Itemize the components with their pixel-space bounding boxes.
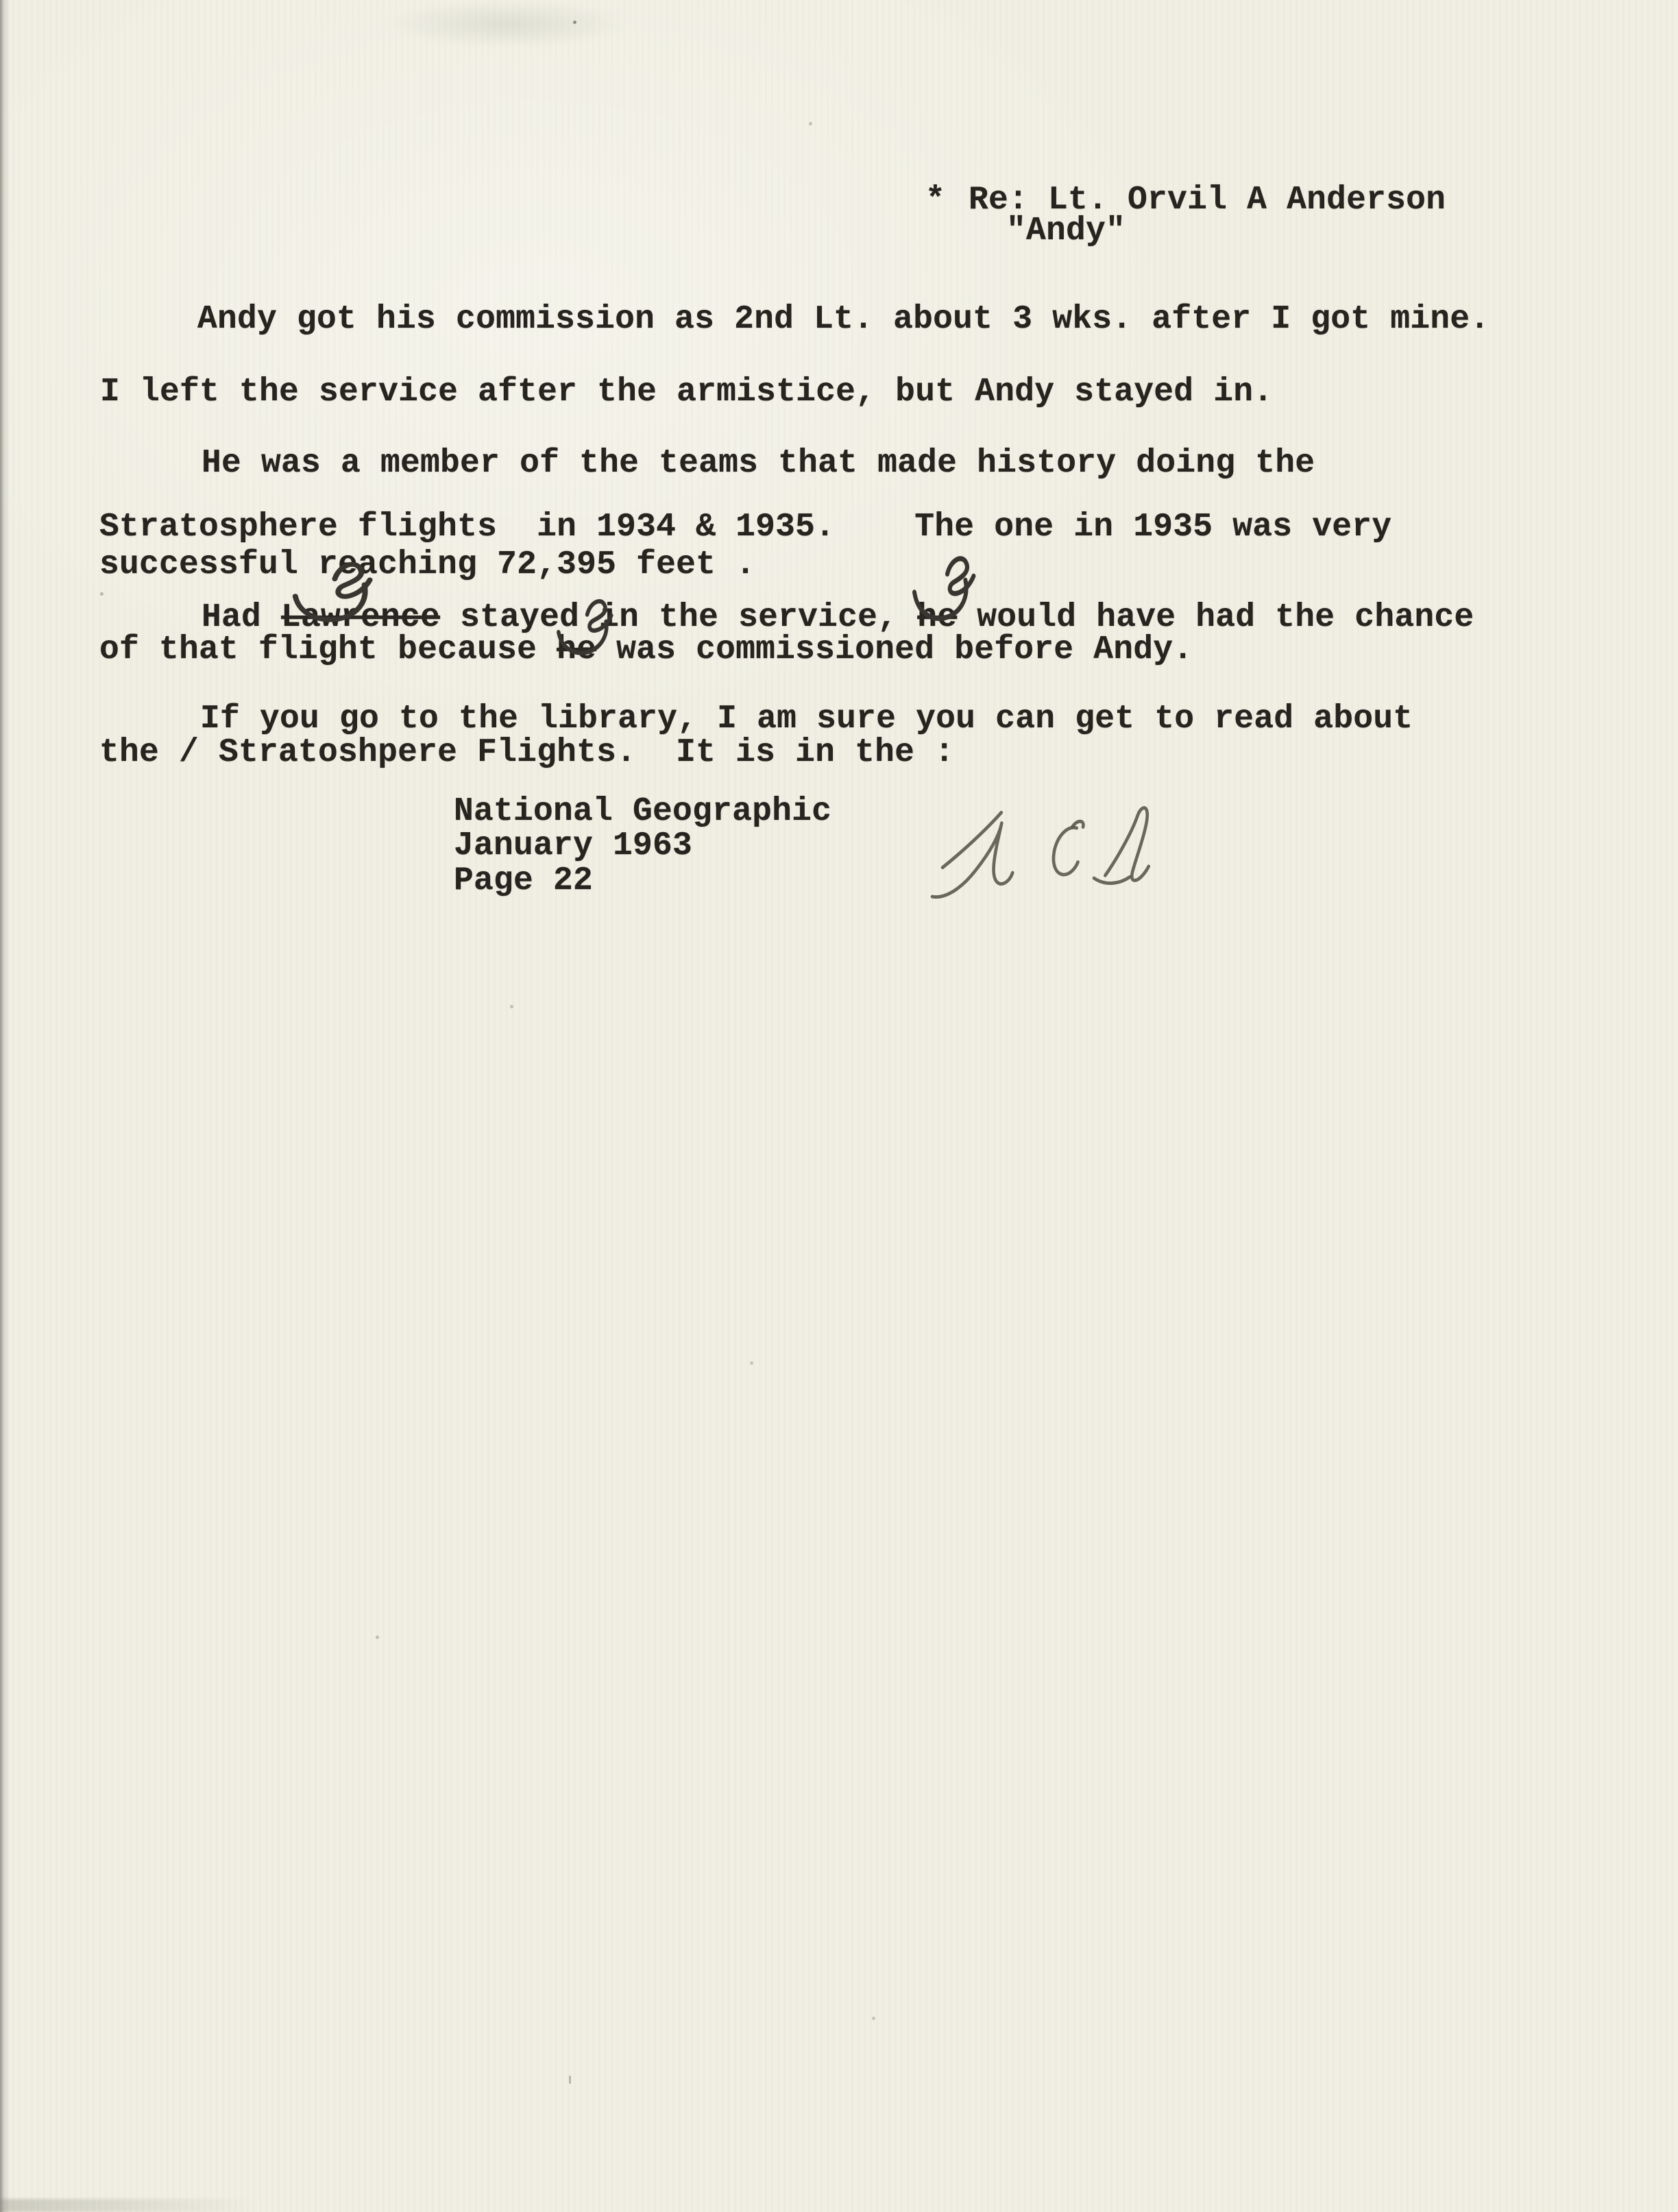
reference-title: National Geographic (454, 795, 831, 828)
paper-speck (569, 2076, 571, 2084)
paragraph-2-line-3: successful reaching 72,395 feet . (99, 548, 755, 581)
text-run: was commissioned before Andy. (596, 631, 1193, 668)
struck-word-lawrence: Lawrence (281, 601, 440, 634)
reference-date: January 1963 (454, 829, 692, 862)
text-run: of that flight because (99, 631, 557, 668)
struck-word-he-2: he (557, 633, 596, 666)
paragraph-3-line-2: of that flight because he was commission… (99, 633, 1193, 666)
paper-speck (376, 1636, 379, 1639)
reference-page: Page 22 (454, 864, 593, 897)
subject-line: *Re: Lt. Orvil A Anderson (925, 184, 1446, 217)
paragraph-1-line-2: I left the service after the armistice, … (100, 376, 1273, 409)
text-run: stayed in the service, (440, 599, 917, 636)
scanned-letter-page: *Re: Lt. Orvil A Anderson "Andy" Andy go… (0, 0, 1678, 2212)
signature-strokes (925, 799, 1168, 917)
paragraph-1-line-1: Andy got his commission as 2nd Lt. about… (197, 303, 1489, 336)
scan-smudge-bottom (0, 2199, 288, 2212)
paper-speck (872, 2017, 875, 2020)
paragraph-4-line-1: If you go to the library, I am sure you … (200, 703, 1413, 736)
text-run: Had (202, 599, 281, 636)
paragraph-3-line-1: Had Lawrence stayed in the service, he w… (202, 601, 1474, 634)
struck-word-he-1: he (917, 601, 957, 634)
paragraph-2-line-2: Stratosphere flights in 1934 & 1935. The… (99, 511, 1391, 544)
paragraph-4-line-2: the / Stratoshpere Flights. It is in the… (99, 736, 954, 769)
asterisk-marker: * (925, 182, 945, 219)
paper-speck (573, 21, 576, 24)
paper-speck (100, 592, 104, 596)
paper-speck (809, 122, 812, 125)
text-run: would have had the chance (957, 599, 1474, 636)
paragraph-2-line-1: He was a member of the teams that made h… (202, 447, 1315, 480)
paper-speck (510, 1005, 513, 1008)
paper-speck (750, 1361, 753, 1365)
subject-nickname: "Andy" (1006, 215, 1126, 247)
handwritten-initials: LCS (925, 799, 1168, 917)
scan-smudge (384, 0, 631, 48)
signature-text: LCS (1165, 799, 1165, 800)
